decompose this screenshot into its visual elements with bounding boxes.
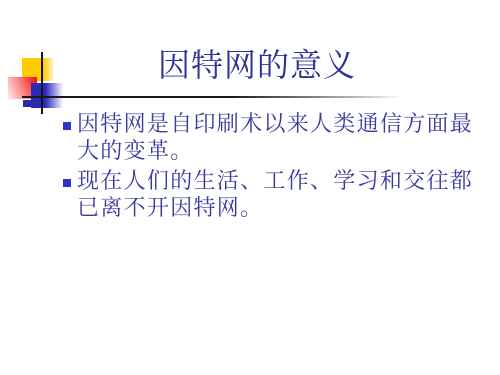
bullet-square-icon — [63, 122, 71, 130]
title-underline — [22, 96, 403, 98]
slide: 因特网的意义 因特网是自印刷术以来人类通信方面最 大的变革。 现在人们的生活、工… — [0, 0, 500, 375]
bullet-1-line-1: 因特网是自印刷术以来人类通信方面最 — [77, 110, 481, 137]
slide-body: 因特网是自印刷术以来人类通信方面最 大的变革。 现在人们的生活、工作、学习和交往… — [63, 110, 488, 221]
bullet-square-icon — [63, 179, 71, 187]
bullet-2-line-2: 已离不开因特网。 — [77, 194, 481, 221]
bullet-item-2: 现在人们的生活、工作、学习和交往都 已离不开因特网。 — [63, 167, 488, 221]
bullet-1-text: 因特网是自印刷术以来人类通信方面最 大的变革。 — [77, 110, 481, 164]
bullet-2-line-1: 现在人们的生活、工作、学习和交往都 — [77, 167, 481, 194]
decoration-vertical-line — [41, 52, 43, 114]
slide-title: 因特网的意义 — [52, 49, 462, 83]
bullet-1-line-2: 大的变革。 — [77, 137, 481, 164]
bullet-2-text: 现在人们的生活、工作、学习和交往都 已离不开因特网。 — [77, 167, 481, 221]
bullet-item-1: 因特网是自印刷术以来人类通信方面最 大的变革。 — [63, 110, 488, 164]
